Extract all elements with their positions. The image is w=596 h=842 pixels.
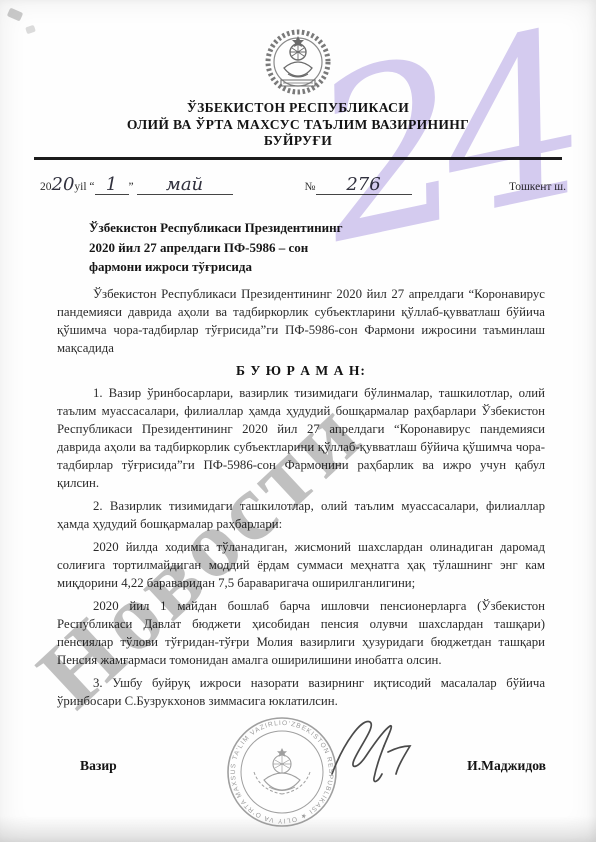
order-title-line: Ўзбекистон Республикаси Президентининг [89, 218, 545, 238]
body-paragraph-3: 2020 йилда ходимга тўланадиган, жисмоний… [57, 538, 545, 592]
body-paragraph-4: 2020 йил 1 майдан бошлаб барча ишловчи п… [57, 597, 545, 669]
close-quote: ” [129, 181, 134, 193]
document-body: Ўзбекистон Республикаси Президентининг 2… [57, 218, 545, 715]
minister-role-label: Вазир [80, 758, 117, 774]
body-paragraph-5: 3. Ушбу буйруқ ижроси назорати вазирнинг… [57, 674, 545, 710]
order-title-line: фармони ижроси тўғрисида [89, 257, 545, 277]
handwritten-number: 276 [316, 176, 412, 195]
ministry-header: ЎЗБЕКИСТОН РЕСПУБЛИКАСИ ОЛИЙ ВА ЎРТА МАХ… [0, 100, 596, 150]
order-keyword: Б У Ю Р А М А Н: [57, 362, 545, 380]
uzbekistan-emblem-icon [257, 22, 339, 96]
header-line-ministry: ОЛИЙ ВА ЎРТА МАХСУС ТАЪЛИМ ВАЗИРИНИНГ [0, 117, 596, 134]
order-title: Ўзбекистон Республикаси Президентининг 2… [89, 218, 545, 277]
city-label: Тошкент ш. [509, 181, 566, 195]
year-prefix: 20 [40, 181, 52, 193]
header-line-country: ЎЗБЕКИСТОН РЕСПУБЛИКАСИ [0, 100, 596, 117]
document-number-field: №276 [305, 176, 412, 195]
handwritten-day: 1 [95, 176, 129, 195]
body-paragraph-2: 2. Вазирлик тизимидаги ташкилотлар, олий… [57, 497, 545, 533]
order-title-line: 2020 йил 27 апрелдаги ПФ-5986 – сон [89, 238, 545, 258]
minister-name: И.Маджидов [467, 758, 546, 774]
number-label: № [305, 181, 316, 193]
handwritten-year: 20 [52, 174, 75, 195]
handwritten-month: май [137, 176, 233, 195]
date-field: 2020yil “1” май [40, 176, 233, 195]
signature-row: Вазир И.Маджидов [80, 758, 546, 774]
header-line-order: БУЙРУҒИ [0, 133, 596, 150]
body-paragraph-1: 1. Вазир ўринбосарлари, вазирлик тизимид… [57, 384, 545, 492]
header-rule [34, 157, 562, 160]
date-line: 2020yil “1” май №276 Тошкент ш. [40, 176, 566, 195]
intro-paragraph: Ўзбекистон Республикаси Президентининг 2… [57, 285, 545, 357]
scan-speck [7, 8, 23, 22]
scan-speck [25, 25, 36, 34]
document-page: Новости 24 ЎЗБЕКИСТОН РЕСПУБЛИКАСИ ОЛИЙ … [0, 0, 596, 842]
yil-label: yil [74, 181, 86, 193]
